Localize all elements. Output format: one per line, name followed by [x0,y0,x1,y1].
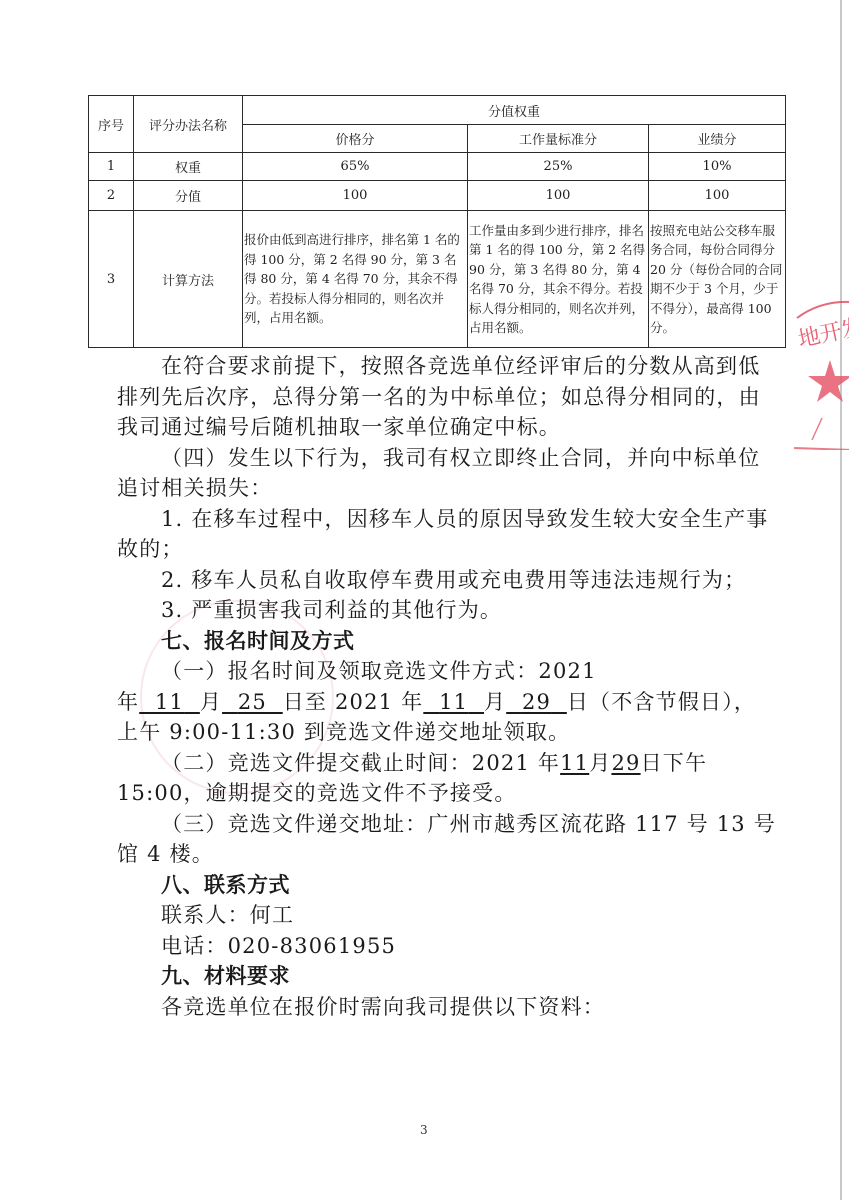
cell-value: 10% [649,153,786,181]
svg-text:地开发: 地开发 [796,315,849,353]
cell-seq: 2 [89,181,134,211]
contact-person: 联系人：何工 [117,900,777,931]
contact-phone: 电话：020-83061955 [117,931,777,962]
materials-intro: 各竞选单位在报价时需向我司提供以下资料： [117,992,777,1023]
termination-item-3: 3. 严重损害我司利益的其他行为。 [117,595,777,626]
termination-item-2: 2. 移车人员私自收取停车费用或充电费用等违法违规行为； [117,565,777,596]
section-9-title: 九、材料要求 [117,961,777,992]
submission-deadline: （二）竞选文件提交截止时间：2021 年11月29日下午 15:00，逾期提交的… [117,748,777,809]
registration-time: （一）报名时间及领取竞选文件方式：2021 年 11 月 25 日至 2021 … [117,656,777,748]
cell-method-performance: 按照充电站公交移车服务合同，每份合同得分 20 分（每份合同的合同期不少于 3 … [649,211,786,348]
header-method-name: 评分办法名称 [134,96,243,153]
cell-value: 100 [243,181,468,211]
cell-method-price: 报价由低到高进行排序，排名第 1 名的得 100 分，第 2 名得 90 分，第… [243,211,468,348]
cell-seq: 1 [89,153,134,181]
termination-paragraph: （四）发生以下行为，我司有权立即终止合同，并向中标单位追讨相关损失： [117,443,777,504]
header-price: 价格分 [243,125,468,153]
scan-page-edge [840,0,842,1200]
table-row: 1 权重 65% 25% 10% [89,153,786,181]
termination-item-1: 1. 在移车过程中，因移车人员的原因导致发生较大安全生产事故的； [117,504,777,565]
ranking-paragraph: 在符合要求前提下，按照各竞选单位经评审后的分数从高到低排列先后次序，总得分第一名… [117,351,777,443]
table-row: 3 计算方法 报价由低到高进行排序，排名第 1 名的得 100 分，第 2 名得… [89,211,786,348]
header-performance: 业绩分 [649,125,786,153]
header-weight-group: 分值权重 [243,96,786,125]
seal-icon: 地开发 [792,290,849,450]
cell-name: 计算方法 [134,211,243,348]
header-workload: 工作量标准分 [468,125,649,153]
section-7-title: 七、报名时间及方式 [117,626,777,657]
cell-seq: 3 [89,211,134,348]
section-8-title: 八、联系方式 [117,870,777,901]
cell-name: 分值 [134,181,243,211]
cell-value: 25% [468,153,649,181]
header-seq: 序号 [89,96,134,153]
table-row: 2 分值 100 100 100 [89,181,786,211]
cell-value: 100 [649,181,786,211]
company-seal: 地开发 [792,290,849,450]
scoring-table: 序号 评分办法名称 分值权重 价格分 工作量标准分 业绩分 1 权重 65% 2… [88,95,786,348]
cell-value: 65% [243,153,468,181]
cell-value: 100 [468,181,649,211]
document-body: 在符合要求前提下，按照各竞选单位经评审后的分数从高到低排列先后次序，总得分第一名… [117,351,777,1022]
page-number: 3 [420,1123,428,1137]
submission-address: （三）竞选文件递交地址：广州市越秀区流花路 117 号 13 号馆 4 楼。 [117,809,777,870]
cell-method-workload: 工作量由多到少进行排序，排名第 1 名的得 100 分，第 2 名得 90 分，… [468,211,649,348]
cell-name: 权重 [134,153,243,181]
